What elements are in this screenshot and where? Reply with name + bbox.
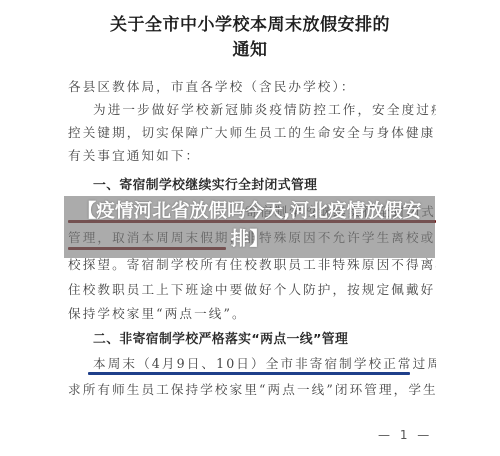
section-2-line-1: 求所有师生员工保持学校家里“两点一线”闭环管理，学生入校、 xyxy=(68,380,436,400)
section-1-line-4: 保持学校家里“两点一线”。 xyxy=(68,304,436,324)
section-1-heading: 一、寄宿制学校继续实行全封闭式管理 xyxy=(93,176,317,196)
section-1-line-2: 校探望。寄宿制学校所有住校教职员工非特殊原因不得离校，非 xyxy=(68,255,436,275)
section-2-heading: 二、非寄宿制学校严格落实“两点一线”管理 xyxy=(93,330,348,350)
intro-line-1: 为进一步做好学校新冠肺炎疫情防控工作，安全度过疫情防 xyxy=(93,100,436,120)
intro-line-3: 有关事宜通知如下： xyxy=(68,146,436,166)
document-title-line2: 通知 xyxy=(0,35,500,60)
section-2-line-0: 本周末（4月9日、10日）全市非寄宿制学校正常过周末，要 xyxy=(93,354,436,374)
blue-underline xyxy=(88,372,410,375)
intro-line-2: 控关键期，切实保障广大师生员工的生命安全与身体健康，现将 xyxy=(68,123,436,143)
salutation: 各县区教体局，市直各学校（含民办学校）： xyxy=(68,77,436,97)
section-1-line-3: 住校教职员工上下班途中要做好个人防护，按规定佩戴好口罩， xyxy=(68,280,436,300)
page-number: — 1 — xyxy=(378,428,432,442)
document-title-line1: 关于全市中小学校本周末放假安排的 xyxy=(0,10,500,35)
headline-overlay-text: 【疫情河北省放假吗今天,河北疫情放假安排】 xyxy=(64,198,435,254)
